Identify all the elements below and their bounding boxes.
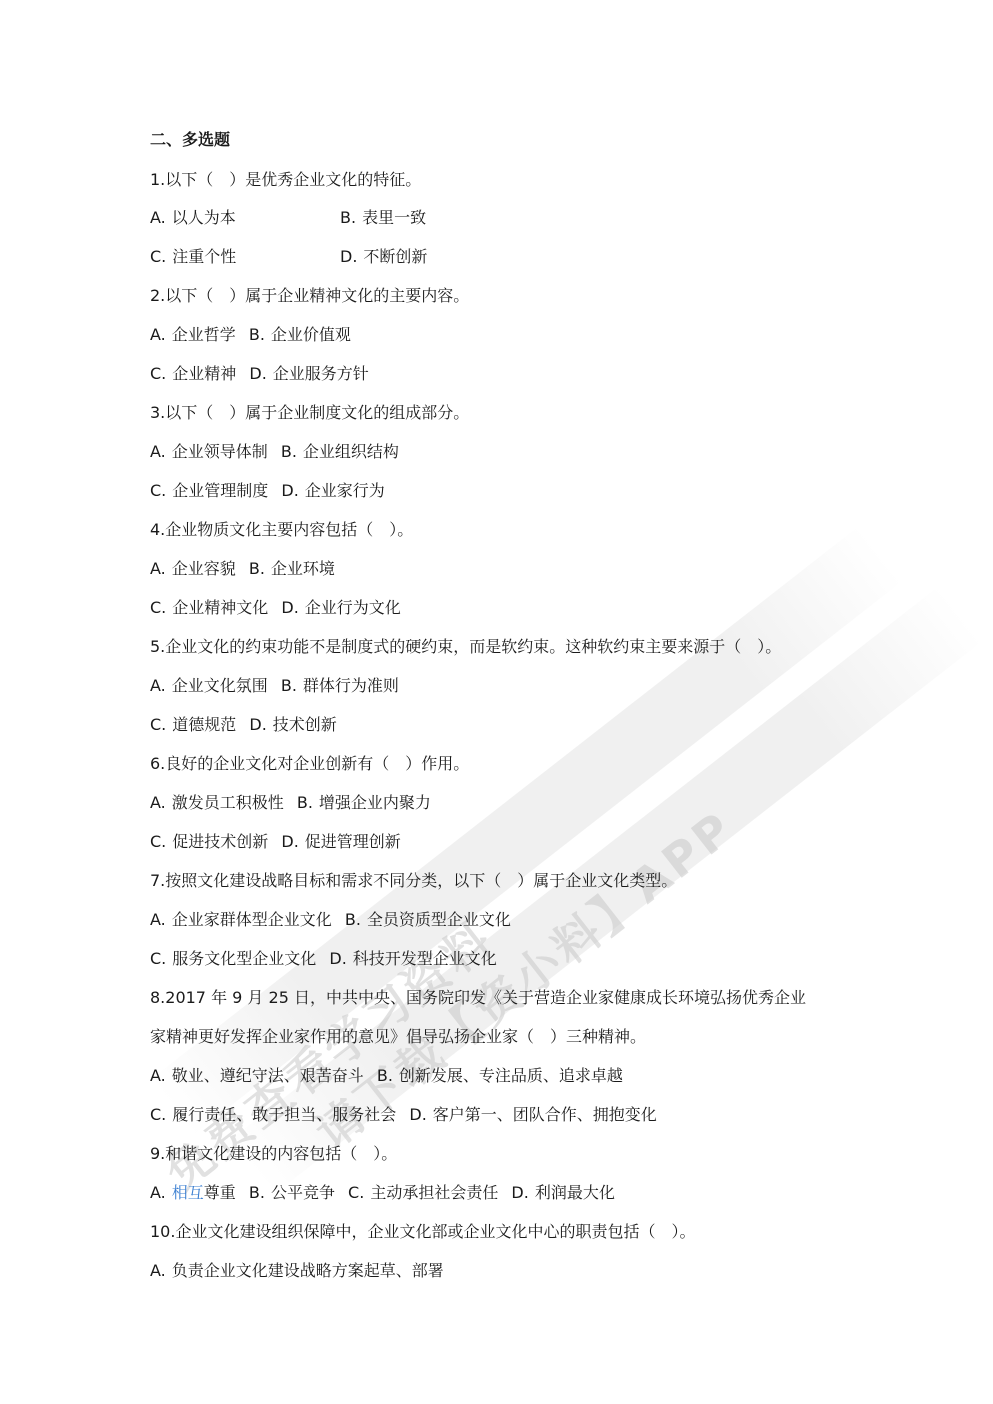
option-c: C.主动承担社会责任	[348, 1183, 498, 1203]
option-row: A.激发员工积极性 B.增强企业内聚力	[150, 793, 431, 813]
option-a: A.企业领导体制	[150, 442, 268, 462]
option-d: D.利润最大化	[511, 1183, 614, 1203]
option-d: D.科技开发型企业文化	[329, 949, 496, 969]
option-a: A.企业家群体型企业文化	[150, 910, 332, 930]
option-c: C.企业管理制度	[150, 481, 268, 501]
option-a: A.负责企业文化建设战略方案起草、部署	[150, 1261, 444, 1281]
option-a: A.以人为本	[150, 208, 236, 228]
option-row: A.企业文化氛围 B.群体行为准则	[150, 676, 399, 696]
option-row: A.以人为本 B.表里一致	[150, 208, 750, 228]
question-stem: 6.良好的企业文化对企业创新有（ ）作用。	[150, 754, 469, 774]
option-d: D.促进管理创新	[281, 832, 400, 852]
question-stem: 1.以下（ ）是优秀企业文化的特征。	[150, 170, 421, 190]
option-d: D.企业行为文化	[281, 598, 400, 618]
option-b: B.群体行为准则	[281, 676, 399, 696]
question-stem: 3.以下（ ）属于企业制度文化的组成部分。	[150, 403, 469, 423]
option-row: A.企业哲学 B.企业价值观	[150, 325, 351, 345]
option-d: D.企业家行为	[281, 481, 384, 501]
option-b: B.增强企业内聚力	[297, 793, 431, 813]
highlighted-text: 相互	[172, 1183, 204, 1202]
option-c: C.服务文化型企业文化	[150, 949, 316, 969]
option-row: A.敬业、遵纪守法、艰苦奋斗 B.创新发展、专注品质、追求卓越	[150, 1066, 623, 1086]
option-b: B.企业组织结构	[281, 442, 399, 462]
option-b: B.公平竞争	[249, 1183, 335, 1203]
option-a: A.相互尊重	[150, 1183, 236, 1203]
question-stem: 10.企业文化建设组织保障中，企业文化部或企业文化中心的职责包括（ ）。	[150, 1222, 695, 1242]
option-b: B.表里一致	[340, 208, 426, 228]
question-stem: 2.以下（ ）属于企业精神文化的主要内容。	[150, 286, 469, 306]
option-a: A.敬业、遵纪守法、艰苦奋斗	[150, 1066, 364, 1086]
option-b: B.企业环境	[249, 559, 335, 579]
question-stem: 9.和谐文化建设的内容包括（ ）。	[150, 1144, 397, 1164]
question-stem: 5.企业文化的约束功能不是制度式的硬约束，而是软约束。这种软约束主要来源于（ ）…	[150, 637, 781, 657]
option-row: C.道德规范 D.技术创新	[150, 715, 337, 735]
option-row: A.相互尊重 B.公平竞争 C.主动承担社会责任 D.利润最大化	[150, 1183, 615, 1203]
option-row: A.企业家群体型企业文化 B.全员资质型企业文化	[150, 910, 511, 930]
option-d: D.客户第一、团队合作、拥抱变化	[409, 1105, 656, 1125]
option-a: A.企业哲学	[150, 325, 236, 345]
option-c: C.企业精神文化	[150, 598, 268, 618]
option-c: C.道德规范	[150, 715, 236, 735]
option-d: D.不断创新	[340, 247, 427, 267]
option-row: C.企业精神文化 D.企业行为文化	[150, 598, 401, 618]
option-row: C.履行责任、敢于担当、服务社会 D.客户第一、团队合作、拥抱变化	[150, 1105, 657, 1125]
option-a: A.企业容貌	[150, 559, 236, 579]
option-c: C.企业精神	[150, 364, 236, 384]
option-d: D.企业服务方针	[249, 364, 368, 384]
option-c: C.履行责任、敢于担当、服务社会	[150, 1105, 396, 1125]
option-row: C.企业精神 D.企业服务方针	[150, 364, 369, 384]
option-row: A.负责企业文化建设战略方案起草、部署	[150, 1261, 444, 1281]
section-title: 二、多选题	[150, 130, 230, 150]
document-page: 免费查看学习资料 请下载【资小料】APP 二、多选题 1.以下（ ）是优秀企业文…	[0, 0, 993, 1404]
option-a: A.激发员工积极性	[150, 793, 284, 813]
option-a: A.企业文化氛围	[150, 676, 268, 696]
option-row: C.企业管理制度 D.企业家行为	[150, 481, 385, 501]
question-stem: 4.企业物质文化主要内容包括（ ）。	[150, 520, 413, 540]
question-stem-continued: 家精神更好发挥企业家作用的意见》倡导弘扬企业家（ ）三种精神。	[150, 1027, 646, 1047]
option-b: B.全员资质型企业文化	[345, 910, 511, 930]
option-d: D.技术创新	[249, 715, 336, 735]
question-stem: 8.2017 年 9 月 25 日，中共中央、国务院印发《关于营造企业家健康成长…	[150, 988, 806, 1008]
option-b: B.企业价值观	[249, 325, 351, 345]
option-row: C.注重个性 D.不断创新	[150, 247, 750, 267]
option-b: B.创新发展、专注品质、追求卓越	[377, 1066, 623, 1086]
option-c: C.促进技术创新	[150, 832, 268, 852]
option-row: C.促进技术创新 D.促进管理创新	[150, 832, 401, 852]
option-c: C.注重个性	[150, 247, 236, 267]
question-stem: 7.按照文化建设战略目标和需求不同分类，以下（ ）属于企业文化类型。	[150, 871, 677, 891]
option-row: A.企业容貌 B.企业环境	[150, 559, 335, 579]
option-row: A.企业领导体制 B.企业组织结构	[150, 442, 399, 462]
option-row: C.服务文化型企业文化 D.科技开发型企业文化	[150, 949, 497, 969]
